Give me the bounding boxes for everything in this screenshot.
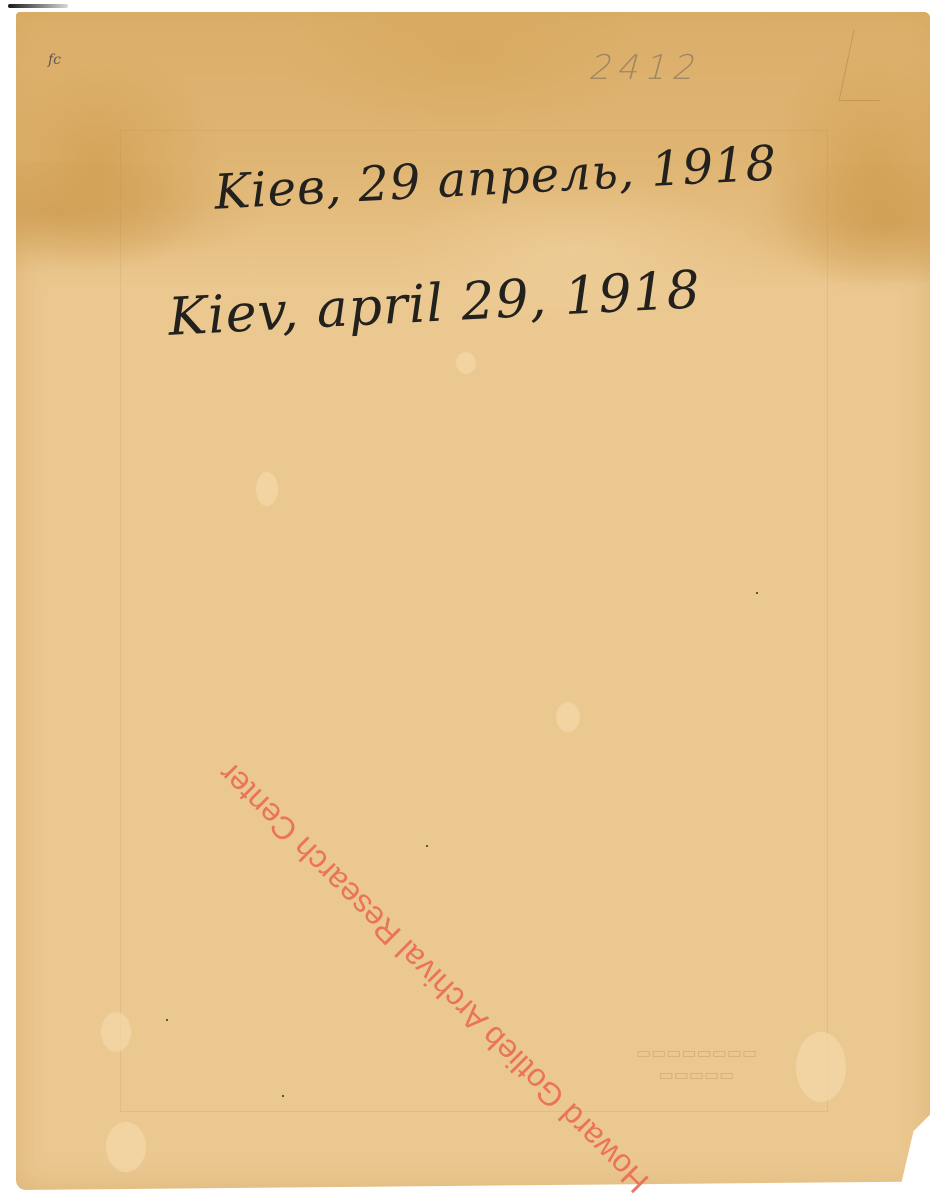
pencil-catalog-number: 2412 xyxy=(586,48,707,88)
water-spot xyxy=(556,702,580,732)
scan-edge-shadow xyxy=(8,4,68,8)
water-spot xyxy=(101,1012,131,1052)
speck xyxy=(426,845,428,847)
bleed-line: ▭▭▭▭▭▭▭▭ xyxy=(636,1042,757,1064)
speck xyxy=(166,1019,168,1021)
water-spot xyxy=(256,472,278,506)
bleed-through-text: ▭▭▭▭▭▭▭▭ ▭▭▭▭▭ xyxy=(636,1042,757,1086)
bleed-line: ▭▭▭▭▭ xyxy=(636,1064,757,1086)
water-spot xyxy=(456,352,476,374)
speck xyxy=(282,1095,284,1097)
corner-pencil-mark: fc xyxy=(48,52,61,68)
water-spot xyxy=(106,1122,146,1172)
water-spot xyxy=(796,1032,846,1102)
speck xyxy=(756,592,758,594)
